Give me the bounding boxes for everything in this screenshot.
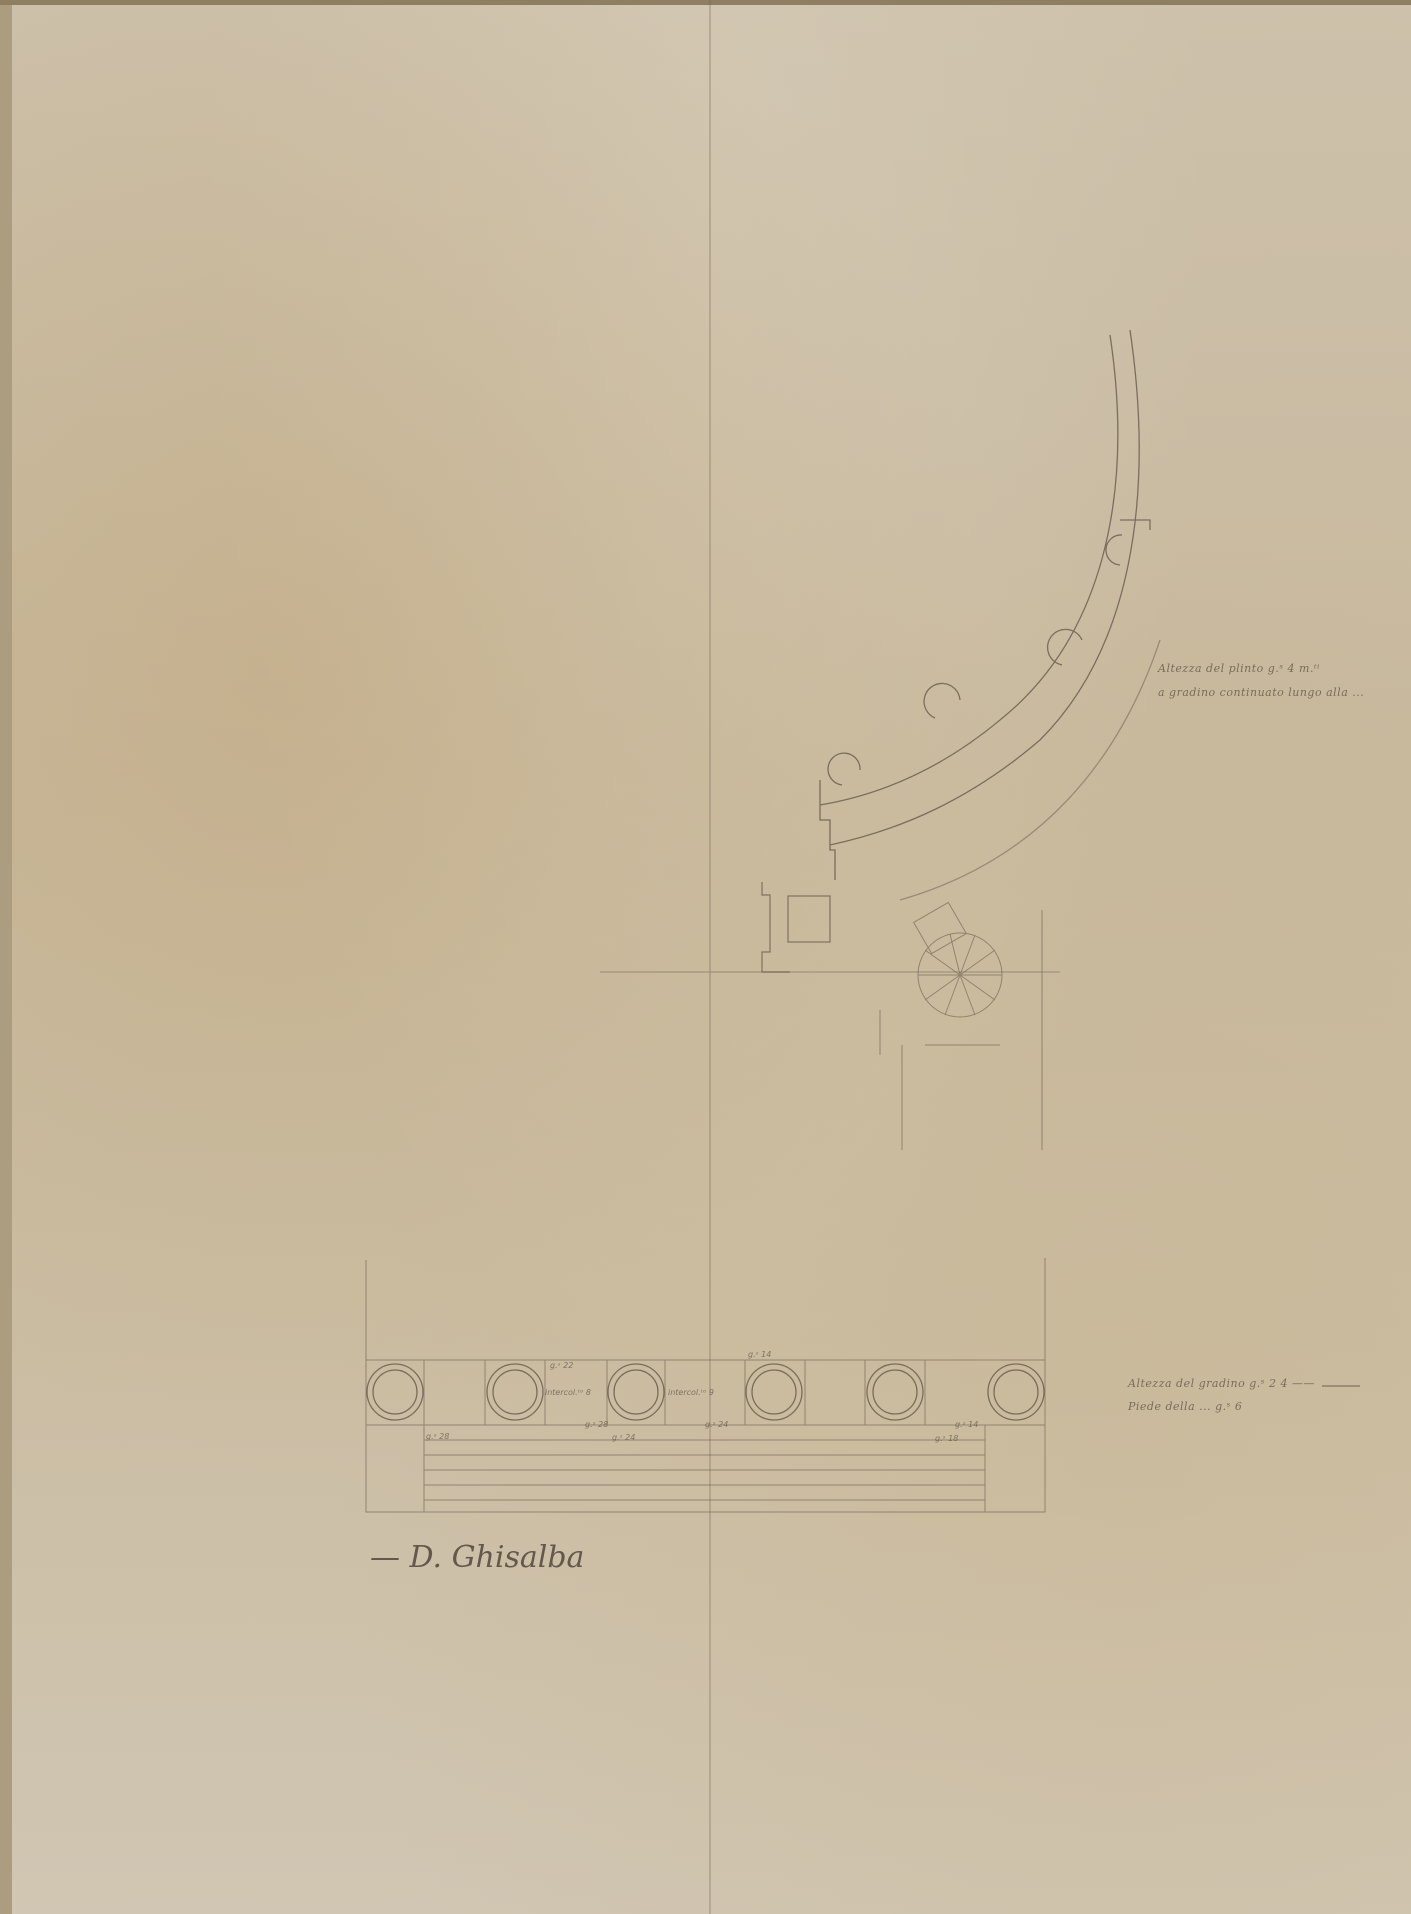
dimension-label: g.ˢ 28 bbox=[585, 1420, 608, 1429]
intercolumn-label: intercol.ᵗᵒ 8 bbox=[545, 1388, 591, 1397]
dimension-label: g.ˢ 14 bbox=[748, 1350, 771, 1359]
signature: — D. Ghisalba bbox=[370, 1540, 584, 1575]
architectural-drawing bbox=[0, 0, 1411, 1914]
dimension-label: g.ˢ 14 bbox=[955, 1420, 978, 1429]
plan-note-line1: Altezza del plinto g.ˢ 4 m.ᵗⁱ bbox=[1158, 662, 1320, 675]
curved-wall-plan bbox=[820, 330, 1160, 900]
colonnade-elevation bbox=[366, 1258, 1045, 1512]
elevation-note-line1: Altezza del gradino g.ˢ 2 4 —— bbox=[1128, 1377, 1315, 1390]
plan-note-line2: a gradino continuato lungo alla ... bbox=[1158, 686, 1364, 699]
dimension-label: g.ˢ 24 bbox=[612, 1433, 635, 1442]
dimension-label: g.ˢ 18 bbox=[935, 1434, 958, 1443]
dimension-label: g.ˢ 24 bbox=[705, 1420, 728, 1429]
spiral-staircase bbox=[880, 902, 1042, 1150]
elevation-note-line2: Piede della ... g.ˢ 6 bbox=[1128, 1400, 1242, 1413]
dimension-label: g.ˢ 22 bbox=[550, 1361, 573, 1370]
intercolumn-label: intercol.ᵗᵒ 9 bbox=[668, 1388, 714, 1397]
small-room-plan bbox=[762, 882, 830, 972]
dimension-label: g.ˢ 28 bbox=[426, 1432, 449, 1441]
